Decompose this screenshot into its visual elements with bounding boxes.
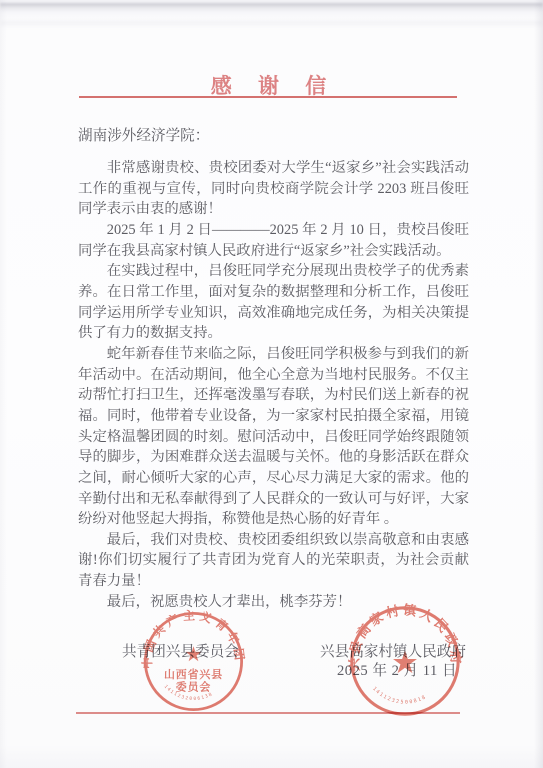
salutation: 湖南涉外经济学院： xyxy=(78,124,209,145)
title-underline xyxy=(79,96,457,98)
scanned-letter-page: 感 谢 信 湖南涉外经济学院： 非常感谢贵校、贵校团委对大学生“返家乡”社会实践… xyxy=(0,0,543,768)
seal-code: 1411232500818 xyxy=(371,686,428,706)
scan-edge-artifact-top xyxy=(0,3,543,13)
scan-edge-artifact-right xyxy=(534,0,543,768)
body-paragraph-5: 最后，我们对贵校、贵校团委组织致以崇高敬意和由衷感谢!你们切实履行了共青团为党育… xyxy=(78,530,469,592)
seal-center-line1: 山西省兴县 xyxy=(164,667,223,681)
scan-edge-artifact-left xyxy=(0,0,7,768)
seal-ring-text: 中国共产主义青年团 xyxy=(141,609,246,669)
body-paragraph-1: 非常感谢贵校、贵校团委对大学生“返家乡”社会实践活动工作的重视与宣传，同时向贵校… xyxy=(78,158,469,220)
seal-center-line2: 委员会 xyxy=(176,679,211,693)
letter-body: 非常感谢贵校、贵校团委对大学生“返家乡”社会实践活动工作的重视与宣传，同时向贵校… xyxy=(78,158,469,612)
star-icon xyxy=(186,646,202,661)
star-icon xyxy=(393,650,417,673)
official-seal-youth-league: 中国共产主义青年团 山西省兴县 委员会 1411232006138 xyxy=(141,609,246,714)
official-seal-town-government: 兴县高家村镇人民政府 1411232500818 xyxy=(347,603,463,719)
body-paragraph-3: 在实践过程中，吕俊旺同学充分展现出贵校学子的优秀素养。在日常工作里，面对复杂的数… xyxy=(78,261,469,344)
body-paragraph-2: 2025 年 1 月 2 日————2025 年 2 月 10 日，贵校吕俊旺同… xyxy=(78,220,469,261)
scan-band-artifact xyxy=(0,21,543,28)
body-paragraph-4: 蛇年新春佳节来临之际，吕俊旺同学积极参与到我们的新年活动中。在活动期间，他全心全… xyxy=(78,344,469,530)
